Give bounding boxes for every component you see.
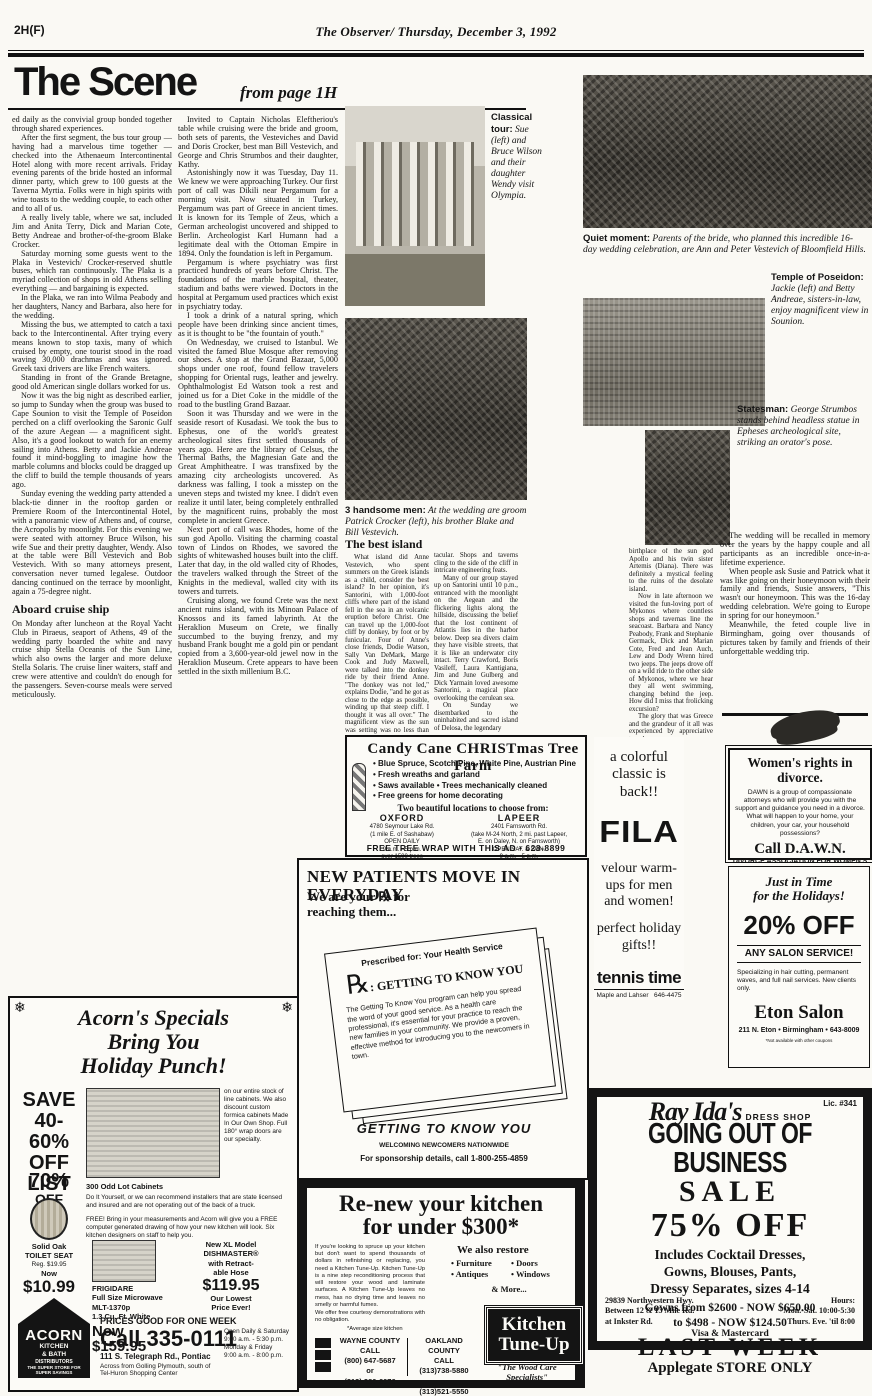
ds-discount: 75% OFF [597,1209,863,1243]
ktu-brand-1: Kitchen [492,1315,576,1335]
dish-line: Price Ever! [196,1303,266,1312]
ad-acorn-specials: Acorn's Specials Bring You Holiday Punch… [8,996,299,1392]
ad-fila-tennis-time: a colorful classic is back!! FILA velour… [594,737,684,1000]
acorn-title-1: Acorn's Specials [30,1006,277,1030]
acorn-address-1: 111 S. Telegraph Rd., Pontiac [100,1352,220,1362]
caption-statesman: Statesman: George Strumbos stands behind… [737,404,870,449]
ktu-restore-more: & More... [451,1284,567,1295]
caption-temple-of-poseidon: Temple of Poseidon: Jackie (left) and Be… [771,272,870,328]
best-island-heading: The best island [345,538,422,551]
dawn-title: Women's rights in divorce. [730,756,870,786]
acorn-save2-pct: 70% [18,1170,80,1192]
continued-from-note: from page 1H [240,84,337,101]
phone: 646-4475 [654,992,681,999]
fila-logo: FILA [594,816,684,847]
candy-cane-bullets: • Blue Spruce, Scotch Pine, White Pine, … [373,759,581,802]
kitchen-cabinets-photo [86,1088,220,1178]
ad-getting-to-know-you: NEW PATIENTS MOVE IN EVERYDAY We are you… [297,858,589,1180]
ds-going-out-line: GOING OUT OF BUSINESS [597,1119,863,1177]
acorn-cabinet-note: on our entire stock of line cabinets. We… [224,1088,290,1144]
holly-icon: ❄ [14,1000,26,1017]
ad-eton-salon: Just in Time for the Holidays! 20% OFF A… [728,866,870,1068]
caption-text: Jackie (left) and Betty Andreae, sisters… [771,284,868,327]
fila-headline: a colorful classic is back!! [594,749,684,801]
best-island-column-3: birthplace of the sun god Apollo and his… [629,548,713,756]
photo-olympia-temple [345,106,485,306]
photo-wedding-group [583,75,872,228]
acorn-logo-line: THE SUPER STORE FOR SUPER SAVINGS [20,1365,88,1376]
np-phone-line: For sponsorship details, call 1-800-255-… [307,1154,581,1164]
acorn-script-title: Acorn's Specials Bring You Holiday Punch… [30,1006,277,1077]
header-rule-thin [8,50,864,51]
location-name: OXFORD [353,813,451,824]
micro-line: MLT-1370p [92,1303,182,1312]
dish-line: New XL Model [196,1240,266,1249]
ds-cards-accepted: Visa & Mastercard [597,1329,863,1340]
caption-lead: Statesman: [737,404,788,415]
fila-line-2: perfect holiday gifts!! [594,921,684,955]
ktu-franchise-badges [315,1338,333,1372]
best-island-column-2: tacular. Shops and taverns cling to the … [434,552,518,756]
ds-license: Lic. #341 [823,1100,857,1108]
ktu-restore-heading: We also restore [457,1244,529,1257]
acorn-hours: Open Daily & Saturday9:00 a.m. - 5:30 p.… [224,1328,292,1360]
newspaper-page: 2H(F) The Observer/ Thursday, December 3… [0,0,872,1396]
ktu-brand-2: Tune-Up [492,1335,576,1355]
article-col1-paragraphs: ed daily as the convivial group bonded t… [12,116,172,597]
caption-classical-tour: Classical tour: Sue (left) and Bruce Wil… [491,112,545,202]
toilet-seat-graphic [30,1198,68,1240]
caption-lead: 3 handsome men: [345,505,426,516]
temple-columns-graphic [356,142,474,246]
caption-quiet-moment: Quiet moment: Parents of the bride, who … [583,233,866,256]
eton-offer: 20% OFF [729,912,869,938]
microwave-graphic [92,1240,156,1282]
holly-icon: ❄ [281,1000,293,1017]
ds-hours-lines: Mon.-Sat. 10:00-5:30Thurs. Eve. 'til 8:0… [783,1306,855,1327]
ktu-body-2: We offer free courtesy demonstrations wi… [315,1310,425,1324]
acorn-dishmaster-offer: New XL Model DISHMASTER® with Retract- a… [196,1240,266,1312]
best-island-col1-paragraphs: What island did Anne Vestevich, who spen… [345,554,429,742]
toilet-line: Solid Oak [18,1242,80,1251]
acorn-logo: ACORN KITCHEN & BATH DISTRIBUTORS THE SU… [18,1298,82,1378]
caption-text: Sue (left) and Bruce Wilson and their da… [491,125,542,201]
masthead: The Observer/ Thursday, December 3, 1992 [0,25,872,38]
ktu-title-2: for under $300* [307,1215,575,1238]
best-island-col2-paragraphs: tacular. Shops and taverns cling to the … [434,552,518,732]
np-subtitle-2: reaching them... [307,905,396,920]
best-island-col3-paragraphs: birthplace of the sun god Apollo and his… [629,548,713,743]
ad-candy-cane-tree-farm: Candy Cane CHRISTmas Tree Farm • Blue Sp… [345,735,587,857]
ad-dawn-womens-rights: Women's rights in divorce. DAWN is a gro… [728,748,872,860]
dish-line: with Retract- [196,1259,266,1268]
micro-line: FRIGIDARE [92,1284,182,1293]
article-column-2: Invited to Captain Nicholas Eleftheriou'… [178,116,338,834]
article-column-1: ed daily as the convivial group bonded t… [12,116,172,834]
dawn-body: DAWN is a group of compassionate attorne… [735,789,865,838]
dish-line: Our Lowest [196,1294,266,1303]
temple-base-graphic [345,254,485,306]
ktu-oakland-county: OAKLAND COUNTYCALL(313)738-5880or(313)52… [411,1336,477,1396]
ds-address: 29839 Northwestern Hwy.Between 12 & 13 M… [605,1296,694,1327]
caption-lead: Quiet moment: [583,233,650,244]
photo-three-men [345,318,527,500]
tennis-time-logo: tennis time [594,969,684,986]
acorn-roof-graphic [18,1298,90,1324]
micro-line: Full Size Microwave [92,1293,182,1302]
ktu-footnote: *Average size kitchen [347,1326,437,1333]
acorn-address-3: Tel-Huron Shopping Center [100,1370,220,1378]
acorn-logo-line: KITCHEN [20,1343,88,1351]
ds-includes-1: Includes Cocktail Dresses, [597,1247,863,1264]
np-tagline: WELCOMING NEWCOMERS NATIONWIDE [307,1142,581,1150]
article-col2-paragraphs: Invited to Captain Nicholas Eleftheriou'… [178,116,338,677]
eton-store-name: Eton Salon [729,1003,869,1022]
getting-to-know-you-logo: GETTING TO KNOW YOU [307,1122,581,1136]
acorn-title-3: Holiday Punch! [30,1054,277,1078]
best-island-column-1: What island did Anne Vestevich, who spen… [345,554,429,756]
eton-service-line: ANY SALON SERVICE! [737,945,861,963]
ds-hours-label: Hours: [783,1296,855,1306]
acorn-title-2: Bring You [30,1030,277,1054]
ktu-wayne-county: WAYNE COUNTYCALL(800) 647-5687or(313) 38… [337,1336,403,1387]
hat-illustration [768,705,842,745]
ktu-restore-items: • Furniture• Doors• Antiques• Windows [451,1258,567,1281]
dish-line: DISHMASTER® [196,1249,266,1258]
photo-statesman [645,430,730,545]
ktu-divider [407,1338,408,1376]
article-right-column: The wedding will be recalled in memory o… [720,532,870,708]
kitchen-tune-up-logo: Kitchen Tune-Up [485,1306,583,1364]
acorn-logo-line: & BATH [20,1351,88,1359]
section-title: The Scene [14,64,196,100]
ad-kitchen-tune-up: Re-new your kitchen for under $300* If y… [297,1180,585,1388]
ds-sale-word: SALE [597,1177,863,1207]
header-rule-thick [8,53,864,57]
eton-body: Specializing in hair cutting, permanent … [737,969,861,994]
acorn-odd-lot-heading: 300 Odd Lot Cabinets [86,1182,286,1191]
caption-lead: Temple of Poseidon: [771,272,864,283]
ds-hours: Hours: Mon.-Sat. 10:00-5:30Thurs. Eve. '… [783,1296,855,1327]
ad-dress-shop-going-out-of-business: Lic. #341 Ray Ida's DRESS SHOP GOING OUT… [588,1088,872,1350]
location-name: LAPEER [457,813,581,824]
ktu-title-1: Re-new your kitchen [307,1192,575,1215]
ds-store-only: Applegate STORE ONLY [597,1360,863,1377]
toilet-line: TOILET SEAT [18,1251,80,1260]
eton-address: 211 N. Eton • Birmingham • 643-8009 [729,1026,869,1035]
dawn-call-line: Call D.A.W.N. [730,841,870,858]
ktu-tagline: "The Wood Care Specialists" [479,1362,575,1382]
rx-symbol: ℞ [345,969,372,1001]
acorn-body-2: FREE! Bring in your measurements and Aco… [86,1216,290,1240]
dish-price: $119.95 [196,1278,266,1294]
acorn-phone: Call 335-0111 [100,1328,237,1350]
article-right-paragraphs: The wedding will be recalled in memory o… [720,532,870,657]
eton-headline-1: Just in Time [729,875,869,889]
eton-fine-print: *Not available with other coupons [729,1038,869,1043]
candy-cane-icon [352,763,366,811]
acorn-toilet-seat-offer: Solid Oak TOILET SEAT Reg. $19.95 Now $1… [18,1198,80,1295]
np-subtitle-1: We are your ℞ for [307,890,410,905]
article-col1b-paragraphs: On Monday after luncheon at the Royal Ya… [12,620,172,700]
fila-line-1: velour warm-ups for men and women! [594,861,684,911]
acorn-logo-name: ACORN [20,1328,88,1343]
np-brochure-graphic: Prescribed for: Your Health Service ℞: G… [324,928,556,1113]
eton-headline-2: for the Holidays! [729,889,869,903]
toilet-line: Reg. $19.95 [18,1261,80,1269]
ktu-body-text: If you're looking to spruce up your kitc… [315,1244,425,1309]
toilet-price: $10.99 [18,1278,80,1295]
tennis-time-address: Maple and Lahser 646-4475 [594,989,684,1000]
candy-cane-footer-offer: FREE TREE WRAP WITH THIS AD • 628-8899 [347,843,585,853]
article-subhead-aboard-cruise-ship: Aboard cruise ship [12,603,172,617]
address: Maple and Lahser [597,992,649,999]
acorn-body-1: Do It Yourself, or we can recommend inst… [86,1194,290,1210]
ds-includes-2: Gowns, Blouses, Pants, [597,1264,863,1281]
caption-three-handsome-men: 3 handsome men: At the wedding are groom… [345,505,527,539]
